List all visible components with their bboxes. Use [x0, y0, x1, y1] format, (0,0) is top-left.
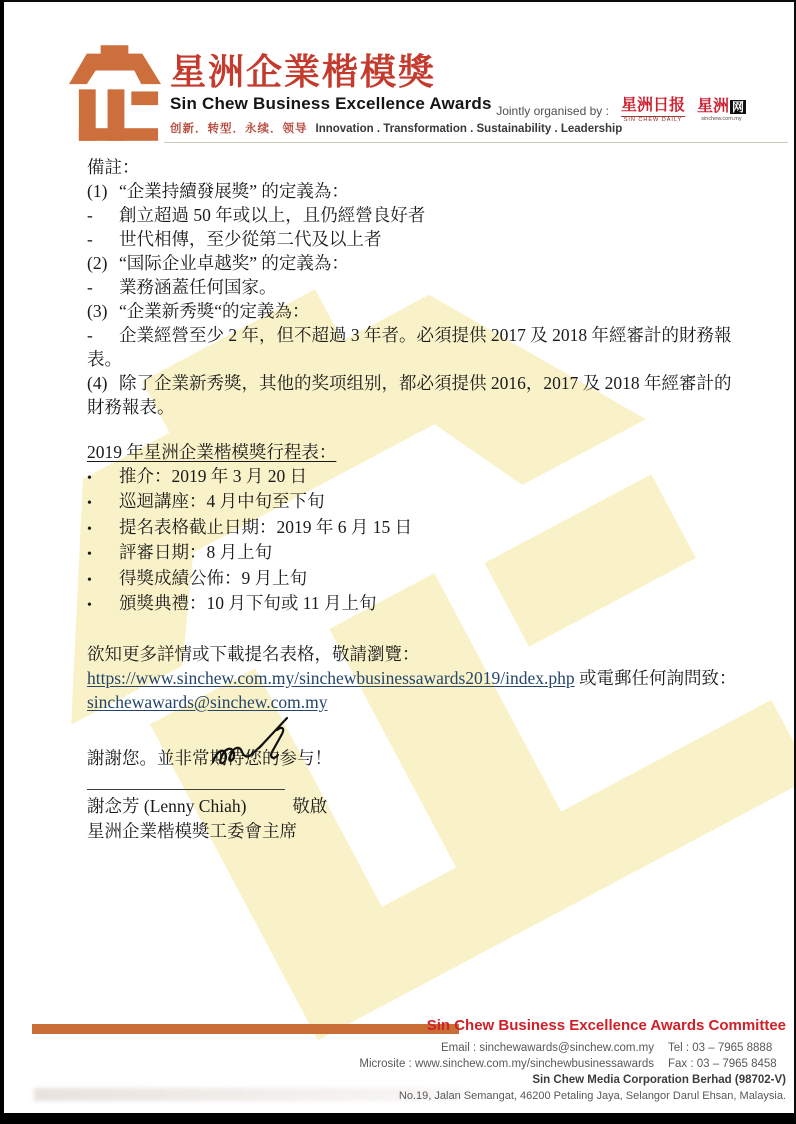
note-marker: (1): [87, 179, 119, 203]
schedule-text: 評審日期：8 月上旬: [119, 542, 272, 562]
footer-email: Email : sinchewawards@sinchew.com.my: [441, 1040, 654, 1056]
letter-body: 備註： (1)“企業持續發展獎” 的定義為： -創立超過 50 年或以上，且仍經…: [87, 155, 739, 770]
note-marker: -: [87, 323, 119, 347]
footer-microsite: Microsite : www.sinchew.com.my/sinchewbu…: [359, 1056, 654, 1072]
schedule-item: •提名表格截止日期：2019 年 6 月 15 日: [87, 516, 739, 542]
notes-heading: 備註：: [87, 155, 739, 179]
schedule-item: •得獎成績公佈：9 月上旬: [87, 567, 739, 593]
note-item: (4)除了企業新秀獎，其他的奖项组别，都必須提供 2016，2017 及 201…: [87, 371, 739, 419]
schedule-text: 得獎成績公佈：9 月上旬: [119, 568, 307, 588]
note-text: 除了企業新秀獎，其他的奖项组别，都必須提供 2016，2017 及 2018 年…: [87, 373, 732, 417]
note-marker: (2): [87, 251, 119, 275]
sin-chew-web-logo-sub: sinchew.com.my: [697, 117, 746, 123]
sin-chew-daily-logo-en: SIN CHEW DAILY: [621, 116, 685, 124]
note-text: “国际企业卓越奖” 的定義為：: [119, 253, 349, 273]
note-marker: -: [87, 275, 119, 299]
schedule-item: •巡迴講座：4 月中旬至下旬: [87, 490, 739, 516]
note-text: 企業經營至少 2 年，但不超過 3 年者。必須提供 2017 及 2018 年經…: [87, 325, 732, 369]
thanks-line: 謝謝您。並非常期待您的参与！: [87, 746, 739, 770]
note-item: -世代相傳，至少從第二代及以上者: [87, 227, 739, 251]
contact-email-line: sinchewawards@sinchew.com.my: [87, 690, 739, 714]
award-logo-icon: [66, 40, 165, 145]
schedule-text: 巡迴講座：4 月中旬至下旬: [119, 491, 325, 511]
email-link[interactable]: sinchewawards@sinchew.com.my: [87, 692, 327, 712]
note-text: 世代相傳，至少從第二代及以上者: [119, 229, 382, 249]
bullet-icon: •: [87, 467, 119, 491]
footer-tel: Tel : 03 – 7965 8888: [668, 1040, 786, 1056]
note-text: 創立超過 50 年或以上，且仍經營良好者: [119, 205, 425, 225]
note-text: “企業持續發展獎” 的定義為：: [119, 181, 349, 201]
note-text: 業務涵蓋任何国家。: [119, 277, 277, 297]
footer-address: No.19, Jalan Semangat, 46200 Petaling Ja…: [359, 1088, 786, 1104]
header-divider: [164, 142, 788, 143]
jointly-organised-block: Jointly organised by : 星洲日报 SIN CHEW DAI…: [496, 98, 746, 124]
schedule-item: •推介：2019 年 3 月 20 日: [87, 465, 739, 491]
bullet-icon: •: [87, 518, 119, 542]
footer-company: Sin Chew Media Corporation Berhad (98702…: [359, 1072, 786, 1088]
tagline-zh: 创新．转型．永续．领导: [170, 120, 308, 136]
note-item: -創立超過 50 年或以上，且仍經營良好者: [87, 203, 739, 227]
note-item: -企業經營至少 2 年，但不超過 3 年者。必須提供 2017 及 2018 年…: [87, 323, 739, 371]
note-item: (1)“企業持續發展獎” 的定義為：: [87, 179, 739, 203]
note-marker: -: [87, 203, 119, 227]
note-text: “企業新秀獎“的定義為：: [119, 301, 310, 321]
signer-closing: 敬啟: [292, 794, 327, 819]
signer-name: 謝念芳 (Lenny Chiah): [87, 794, 246, 819]
schedule-heading: 2019 年星洲企業楷模獎行程表：: [87, 442, 336, 462]
tagline-en: Innovation . Transformation . Sustainabi…: [316, 123, 623, 135]
bullet-icon: •: [87, 569, 119, 593]
signer-title: 星洲企業楷模獎工委會主席: [87, 819, 327, 844]
bullet-icon: •: [87, 492, 119, 516]
footer-accent-bar: [32, 1024, 459, 1034]
bullet-icon: •: [87, 594, 119, 618]
schedule-text: 頒獎典禮：10 月下旬或 11 月上旬: [119, 593, 376, 613]
note-marker: -: [87, 227, 119, 251]
contact-section: 欲知更多詳情或下載提名表格，敬請瀏覽： https://www.sinchew.…: [87, 642, 739, 770]
jointly-label: Jointly organised by :: [496, 104, 609, 118]
note-marker: (3): [87, 299, 119, 323]
contact-intro: 欲知更多詳情或下載提名表格，敬請瀏覽：: [87, 642, 739, 666]
footer-committee-title: Sin Chew Business Excellence Awards Comm…: [427, 1017, 786, 1034]
note-item: (3)“企業新秀獎“的定義為：: [87, 299, 739, 323]
sin-chew-web-logo: 星洲 网 sinchew.com.my: [697, 99, 746, 123]
schedule-item: •頒獎典禮：10 月下旬或 11 月上旬: [87, 592, 739, 618]
url-link[interactable]: https://www.sinchew.com.my/sinchewbusine…: [87, 668, 575, 688]
sin-chew-daily-logo: 星洲日报 SIN CHEW DAILY: [621, 98, 685, 124]
note-marker: (4): [87, 371, 119, 395]
signature-icon: [207, 712, 325, 782]
note-item: -業務涵蓋任何国家。: [87, 275, 739, 299]
note-item: (2)“国际企业卓越奖” 的定義為：: [87, 251, 739, 275]
award-title-zh: 星洲企業楷模獎: [170, 52, 622, 92]
sin-chew-web-logo-zh: 星洲: [697, 99, 729, 115]
contact-url-line: https://www.sinchew.com.my/sinchewbusine…: [87, 666, 739, 690]
footer-fax: Fax : 03 – 7965 8458: [668, 1056, 786, 1072]
schedule-text: 提名表格截止日期：2019 年 6 月 15 日: [119, 517, 412, 537]
web-box-icon: 网: [730, 100, 746, 114]
sin-chew-daily-logo-zh: 星洲日报: [621, 98, 685, 114]
schedule-section: 2019 年星洲企業楷模獎行程表： •推介：2019 年 3 月 20 日 •巡…: [87, 441, 739, 618]
signature-block: 謝念芳 (Lenny Chiah) 敬啟 星洲企業楷模獎工委會主席: [87, 794, 327, 844]
schedule-item: •評審日期：8 月上旬: [87, 541, 739, 567]
contact-after-url: 或電郵任何詢問致：: [579, 668, 737, 688]
footer-contact-block: Email : sinchewawards@sinchew.com.my Tel…: [359, 1040, 786, 1104]
letter-page: 星洲企業楷模獎 Sin Chew Business Excellence Awa…: [0, 0, 796, 1124]
signature-line: [87, 789, 285, 790]
bullet-icon: •: [87, 543, 119, 567]
schedule-text: 推介：2019 年 3 月 20 日: [119, 466, 307, 486]
